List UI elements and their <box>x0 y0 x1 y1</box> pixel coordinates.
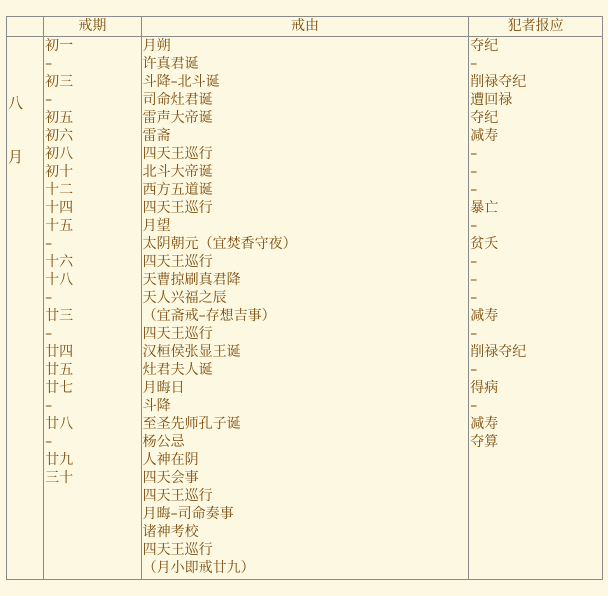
date-line: – <box>44 235 140 253</box>
month-row: 八 月 初一 – 初三 – 初五 初六 初八 初十 十二 十四 十五 – 十六 … <box>7 37 603 580</box>
reason-line: 雷斋 <box>142 127 469 145</box>
date-line: 廿九 <box>44 451 140 469</box>
result-cell: 夺纪 – 削禄夺纪 遭回禄 夺纪 减寿 – – – 暴亡 – 贫夭 – – – … <box>469 37 603 580</box>
reason-line: 四天会事 <box>142 469 469 487</box>
result-line: – <box>469 289 602 307</box>
fasting-calendar-table: 戒期 戒由 犯者报应 八 月 初一 – 初三 – 初五 初六 初八 初十 十二 … <box>6 16 603 580</box>
month-char: 八 <box>8 92 23 113</box>
reason-line: 天人兴福之辰 <box>142 289 469 307</box>
reason-line: （月小即戒廿九） <box>142 559 469 577</box>
date-line: 三十 <box>44 469 140 487</box>
date-line: – <box>44 289 140 307</box>
date-line: 廿八 <box>44 415 140 433</box>
date-line: – <box>44 55 140 73</box>
date-line: 初五 <box>44 109 140 127</box>
result-line: 减寿 <box>469 127 602 145</box>
header-row: 戒期 戒由 犯者报应 <box>7 17 603 37</box>
result-line: 贫夭 <box>469 235 602 253</box>
result-line: 得病 <box>469 379 602 397</box>
reason-line: 雷声大帝诞 <box>142 109 469 127</box>
result-line: 削禄夺纪 <box>469 73 602 91</box>
result-line: 夺纪 <box>469 37 602 55</box>
result-line: 暴亡 <box>469 199 602 217</box>
reason-cell: 月朔 许真君诞 斗降–北斗诞 司命灶君诞 雷声大帝诞 雷斋 四天王巡行 北斗大帝… <box>141 37 469 580</box>
result-line: – <box>469 271 602 289</box>
reason-line: 杨公忌 <box>142 433 469 451</box>
date-line: 初六 <box>44 127 140 145</box>
header-reason: 戒由 <box>141 17 469 37</box>
reason-line: 四天王巡行 <box>142 253 469 271</box>
reason-line: 诸神考校 <box>142 523 469 541</box>
reason-line: 四天王巡行 <box>142 541 469 559</box>
reason-line: 天曹掠刷真君降 <box>142 271 469 289</box>
date-cell: 初一 – 初三 – 初五 初六 初八 初十 十二 十四 十五 – 十六 十八 –… <box>44 37 141 580</box>
date-line: 十五 <box>44 217 140 235</box>
date-line: 初一 <box>44 37 140 55</box>
result-line: – <box>469 397 602 415</box>
header-result: 犯者报应 <box>469 17 603 37</box>
result-line: – <box>469 325 602 343</box>
reason-line: 许真君诞 <box>142 55 469 73</box>
result-line: – <box>469 217 602 235</box>
date-line: – <box>44 325 140 343</box>
header-month <box>7 17 44 37</box>
date-line: 廿四 <box>44 343 140 361</box>
reason-line: 四天王巡行 <box>142 145 469 163</box>
result-line: – <box>469 145 602 163</box>
result-line: – <box>469 181 602 199</box>
date-line: 十四 <box>44 199 140 217</box>
month-cell: 八 月 <box>7 37 44 580</box>
date-line: 十二 <box>44 181 140 199</box>
date-line: – <box>44 397 140 415</box>
reason-line: 月晦日 <box>142 379 469 397</box>
reason-line: 太阴朝元（宜焚香守夜） <box>142 235 469 253</box>
reason-line: 月望 <box>142 217 469 235</box>
result-line: 减寿 <box>469 307 602 325</box>
result-line: 削禄夺纪 <box>469 343 602 361</box>
reason-line: 汉桓侯张显王诞 <box>142 343 469 361</box>
result-line: – <box>469 253 602 271</box>
result-line: 夺算 <box>469 433 602 451</box>
reason-line: 至圣先师孔子诞 <box>142 415 469 433</box>
reason-line: 斗降–北斗诞 <box>142 73 469 91</box>
date-line: 廿五 <box>44 361 140 379</box>
date-line: 初十 <box>44 163 140 181</box>
reason-line: 四天王巡行 <box>142 325 469 343</box>
reason-line: 斗降 <box>142 397 469 415</box>
reason-line: 灶君夫人诞 <box>142 361 469 379</box>
result-line: – <box>469 55 602 73</box>
date-line: 初八 <box>44 145 140 163</box>
result-line: 夺纪 <box>469 109 602 127</box>
reason-line: 北斗大帝诞 <box>142 163 469 181</box>
date-line: 廿七 <box>44 379 140 397</box>
reason-line: 司命灶君诞 <box>142 91 469 109</box>
header-date: 戒期 <box>44 17 141 37</box>
date-line: 初三 <box>44 73 140 91</box>
result-line: 遭回禄 <box>469 91 602 109</box>
reason-line: 月朔 <box>142 37 469 55</box>
month-char: 月 <box>8 146 23 167</box>
reason-line: 四天王巡行 <box>142 487 469 505</box>
reason-line: 人神在阴 <box>142 451 469 469</box>
reason-line: 四天王巡行 <box>142 199 469 217</box>
date-line: 廿三 <box>44 307 140 325</box>
reason-line: （宜斋戒–存想吉事） <box>142 307 469 325</box>
date-line: – <box>44 433 140 451</box>
result-line: – <box>469 361 602 379</box>
result-line: 减寿 <box>469 415 602 433</box>
reason-line: 西方五道诞 <box>142 181 469 199</box>
date-line: – <box>44 91 140 109</box>
date-line: 十八 <box>44 271 140 289</box>
date-line: 十六 <box>44 253 140 271</box>
reason-line: 月晦–司命奏事 <box>142 505 469 523</box>
result-line: – <box>469 163 602 181</box>
